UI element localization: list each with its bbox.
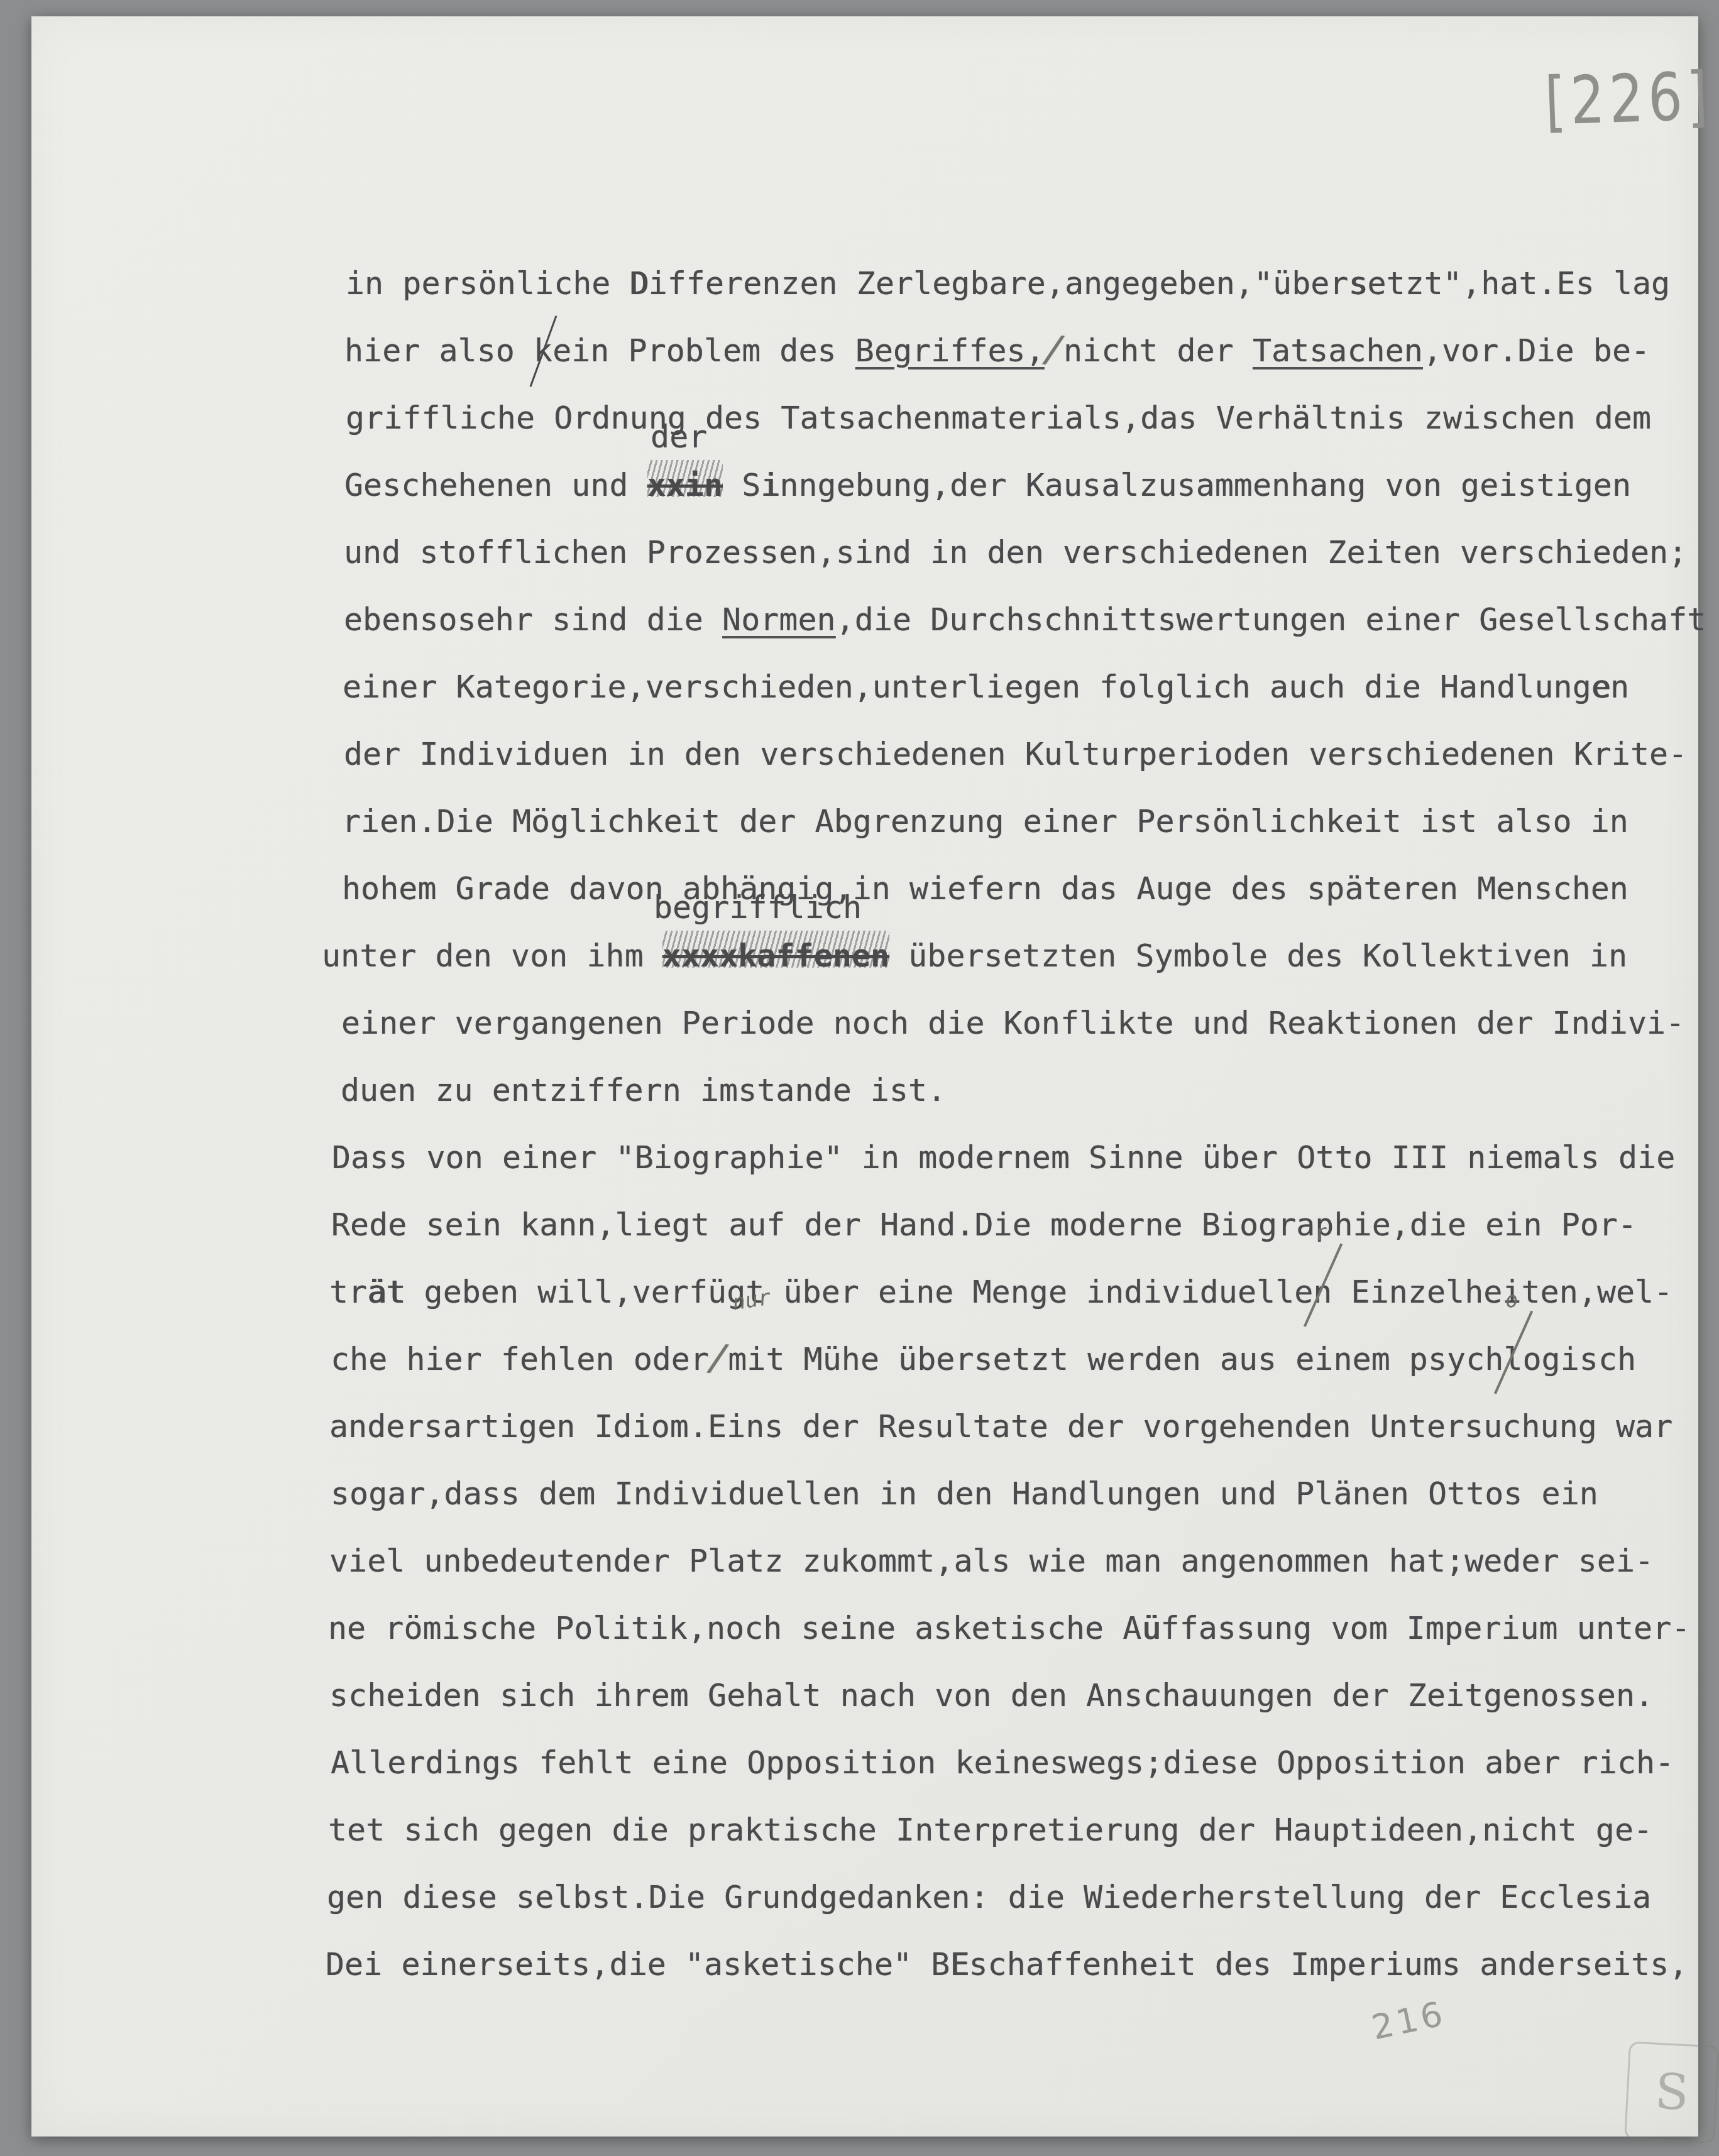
typed-text: rien.Die Möglichkeit der Abgrenzung eine… — [342, 788, 1628, 855]
text-line: hohem Grade davon abhängig,in wiefern da… — [31, 855, 1698, 922]
archive-stamp: S — [1624, 2041, 1719, 2143]
typed-text: nngebung,der Kausalzusammenhang von geis… — [779, 452, 1631, 519]
typed-text: sogar,dass dem Individuellen in den Hand… — [331, 1460, 1598, 1528]
text-line: und stofflichen Prozessen,sind in den ve… — [31, 519, 1698, 586]
typed-text: übersetzten Symbole des Kollektiven in — [889, 922, 1627, 990]
typed-text: duen zu entziffern imstande ist. — [341, 1057, 946, 1124]
corrected-text: mitnur — [728, 1326, 784, 1393]
typed-text: Normen — [722, 586, 836, 654]
typed-text: Begriffes, — [855, 317, 1045, 385]
corrected-text: nr — [1313, 1259, 1332, 1326]
text-line: ne römische Politik,noch seine asketisch… — [31, 1595, 1698, 1662]
typed-text: andersartigen Idiom.Eins der Resultate d… — [329, 1393, 1672, 1460]
typed-text: che hier fehlen oder — [331, 1326, 709, 1393]
typed-text: ffassung vom Imperium unter- — [1161, 1595, 1691, 1662]
typed-text: tet sich gegen die praktische Interpreti… — [328, 1797, 1652, 1864]
corrected-text: xxxxkaffenenbegrifflich — [662, 922, 889, 990]
typed-text: geben will,verfügt über eine Menge indiv… — [405, 1259, 1313, 1326]
typed-text: S — [723, 452, 761, 519]
text-line: unter den von ihm xxxxkaffenenbegrifflic… — [31, 922, 1698, 990]
typed-text: ne römische Politik,noch seine asketisch… — [328, 1595, 1141, 1662]
typed-text: und stofflichen Prozessen,sind in den ve… — [344, 519, 1687, 586]
text-line: ebensosehr sind die Normen,die Durchschn… — [31, 586, 1698, 654]
typed-text: E — [950, 1931, 969, 1998]
typed-text: ogisch — [1523, 1326, 1637, 1393]
typed-text: ifferenzen Zerlegbare,angegeben,"über — [649, 250, 1349, 317]
typed-text: ,vor.Die be- — [1423, 317, 1650, 385]
text-line: sogar,dass dem Individuellen in den Hand… — [31, 1460, 1698, 1528]
text-line: Rede sein kann,liegt auf der Hand.Die mo… — [31, 1191, 1698, 1259]
typed-text: hier also — [344, 317, 534, 385]
typed-text: einer vergangenen Periode noch die Konfl… — [341, 990, 1684, 1057]
typed-text: Dass von einer "Biographie" in modernem … — [332, 1124, 1675, 1191]
archive-number-annotation: 216 — [1368, 1993, 1449, 2047]
typed-text: ,die Durchschnittswertungen einer Gesell… — [836, 586, 1706, 654]
typed-text: s — [1348, 250, 1367, 317]
typed-insertion: begrifflich — [654, 874, 862, 941]
text-line: andersartigen Idiom.Eins der Resultate d… — [31, 1393, 1698, 1460]
typed-text: hohem Grade davon abhängig,in wiefern da… — [342, 855, 1628, 922]
typed-text: i — [761, 452, 779, 519]
text-line: Geschehenen und xxinder Sinngebung,der K… — [31, 452, 1698, 519]
typed-text: nicht der — [1063, 317, 1253, 385]
typed-text: griffliche Ordnung des Tatsachenmaterial… — [346, 385, 1651, 452]
text-line: griffliche Ordnung des Tatsachenmaterial… — [31, 385, 1698, 452]
text-line: einer Kategorie,verschieden,unterliegen … — [31, 654, 1698, 721]
typed-text: tr — [329, 1259, 367, 1326]
typed-text: scheiden sich ihrem Gehalt nach von den … — [329, 1662, 1654, 1729]
text-line: Dei einerseits,die "asketische" BEschaff… — [31, 1931, 1698, 1998]
typed-text: etzt",hat.Es lag — [1368, 250, 1671, 317]
stamp-glyph: S — [1654, 2064, 1690, 2122]
typed-text: ät — [367, 1259, 405, 1326]
typed-text: Dei einerseits,die "asketische" B — [326, 1931, 950, 1998]
typed-text: der Individuen in den verschiedenen Kult… — [344, 721, 1687, 788]
page-number-annotation: [226] — [1544, 58, 1713, 140]
typed-text: unter den von ihm — [322, 922, 662, 990]
text-line: einer vergangenen Periode noch die Konfl… — [31, 990, 1698, 1057]
typed-text: ebensosehr sind die — [344, 586, 722, 654]
corrected-text: xxinder — [647, 452, 723, 519]
text-line: viel unbedeutender Platz zukommt,als wie… — [31, 1528, 1698, 1595]
typed-text: Mühe übersetzt werden aus einem psych — [784, 1326, 1503, 1393]
text-line: trät geben will,verfügt über eine Menge … — [31, 1259, 1698, 1326]
typed-text: schaffenheit des Imperiums anderseits, — [969, 1931, 1688, 1998]
text-line: che hier fehlen oder/mitnur Mühe überset… — [31, 1326, 1698, 1393]
typed-insertion: der — [651, 403, 707, 471]
typed-text: e — [1591, 654, 1610, 721]
typed-text: viel unbedeutender Platz zukommt,als wie… — [329, 1528, 1654, 1595]
typed-text: Tatsachen — [1253, 317, 1423, 385]
text-block: in persönliche Differenzen Zerlegbare,an… — [31, 250, 1698, 1998]
text-line: in persönliche Differenzen Zerlegbare,an… — [31, 250, 1698, 317]
typed-text: ü — [1141, 1595, 1160, 1662]
text-line: gen diese selbst.Die Grundgedanken: die … — [31, 1864, 1698, 1931]
text-line: der Individuen in den verschiedenen Kult… — [31, 721, 1698, 788]
text-line: Dass von einer "Biographie" in modernem … — [31, 1124, 1698, 1191]
text-line: Allerdings fehlt eine Opposition keinesw… — [31, 1729, 1698, 1797]
typed-text: k — [534, 317, 552, 385]
typed-text: D — [630, 250, 649, 317]
text-line: scheiden sich ihrem Gehalt nach von den … — [31, 1662, 1698, 1729]
text-line: duen zu entziffern imstande ist. — [31, 1057, 1698, 1124]
typescript-page: [226] in persönliche Differenzen Zerlegb… — [31, 16, 1698, 2137]
corrected-text: lo — [1503, 1326, 1522, 1393]
text-line: rien.Die Möglichkeit der Abgrenzung eine… — [31, 788, 1698, 855]
typed-text: Rede sein kann,liegt auf der Hand.Die mo… — [331, 1191, 1637, 1259]
typed-text: in persönliche — [346, 250, 630, 317]
typed-text: einer Kategorie,verschieden,unterliegen … — [343, 654, 1591, 721]
text-line: hier also kein Problem des Begriffes,/ni… — [31, 317, 1698, 385]
typed-text: Geschehenen und — [344, 452, 647, 519]
typed-text: Allerdings fehlt eine Opposition keinesw… — [331, 1729, 1674, 1797]
text-line: tet sich gegen die praktische Interpreti… — [31, 1797, 1698, 1864]
typed-text: n — [1610, 654, 1629, 721]
typed-text: ein Problem des — [552, 317, 855, 385]
typed-text: gen diese selbst.Die Grundgedanken: die … — [327, 1864, 1651, 1931]
